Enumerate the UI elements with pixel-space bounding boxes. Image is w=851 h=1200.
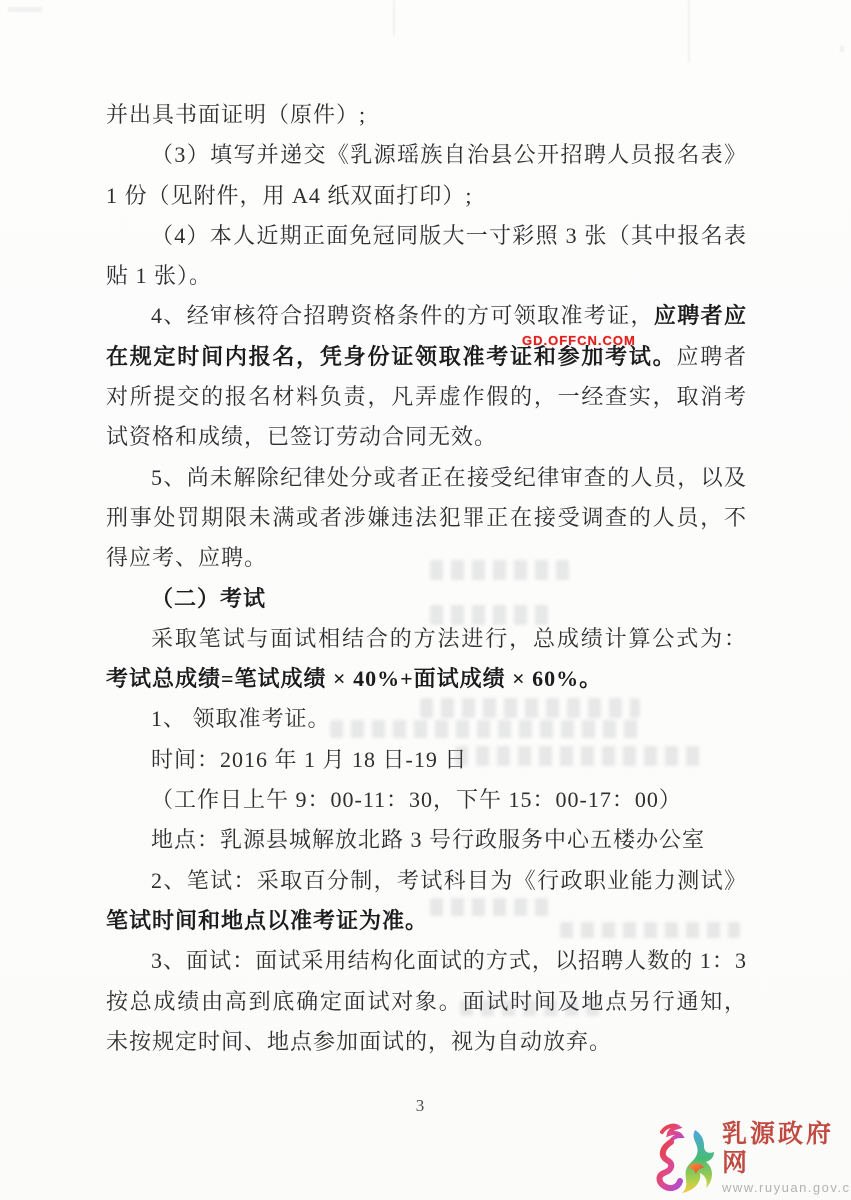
bold-text-segment: 考试总成绩=笔试成绩 × 40%+面试成绩 × 60%。 bbox=[106, 666, 602, 691]
text-segment: （工作日上午 9：00-11：30，下午 15：00-17：00） bbox=[151, 787, 682, 812]
text-segment: 1 份（见附件，用 A4 纸双面打印）; bbox=[106, 183, 473, 208]
text-line: 笔试时间和地点以准考证为准。 bbox=[106, 901, 747, 941]
text-segment: 应聘者 bbox=[676, 344, 747, 369]
text-line: （工作日上午 9：00-11：30，下午 15：00-17：00） bbox=[106, 780, 747, 820]
page-number: 3 bbox=[0, 1096, 840, 1116]
text-line: 试资格和成绩，已签订劳动合同无效。 bbox=[106, 417, 747, 457]
text-segment: 未按规定时间、地点参加面试的，视为自动放弃。 bbox=[106, 1029, 612, 1054]
text-line: 得应考、应聘。 bbox=[106, 538, 747, 578]
document-body: 并出具书面证明（原件）;（3）填写并递交《乳源瑶族自治县公开招聘人员报名表》1 … bbox=[106, 95, 747, 1062]
text-segment: 3、面试：面试采用结构化面试的方式，以招聘人数的 1：3 bbox=[151, 948, 747, 973]
text-segment: 4、经审核符合招聘资格条件的方可领取准考证， bbox=[151, 303, 654, 328]
text-segment: 试资格和成绩，已签订劳动合同无效。 bbox=[106, 424, 497, 449]
text-line: 并出具书面证明（原件）; bbox=[106, 95, 747, 135]
text-segment: 2、笔试：采取百分制，考试科目为《行政职业能力测试》 bbox=[151, 868, 747, 893]
text-segment: 时间：2016 年 1 月 18 日-19 日 bbox=[151, 747, 467, 772]
text-segment: 5、尚未解除纪律处分或者正在接受纪律审查的人员，以及 bbox=[151, 465, 747, 490]
site-name: 乳源政府网 bbox=[722, 1121, 851, 1179]
text-line: 时间：2016 年 1 月 18 日-19 日 bbox=[106, 740, 747, 780]
site-logo: 乳源政府网 www.ruyuan.gov.cn bbox=[648, 1116, 851, 1200]
text-line: （4）本人近期正面免冠同版大一寸彩照 3 张（其中报名表 bbox=[106, 216, 747, 256]
text-line: 在规定时间内报名，凭身份证领取准考证和参加考试。应聘者 bbox=[106, 337, 747, 377]
text-line: 3、面试：面试采用结构化面试的方式，以招聘人数的 1：3 bbox=[106, 941, 747, 981]
text-line: 2、笔试：采取百分制，考试科目为《行政职业能力测试》 bbox=[106, 861, 747, 901]
text-line: 按总成绩由高到底确定面试对象。面试时间及地点另行通知， bbox=[106, 982, 747, 1022]
text-line: （3）填写并递交《乳源瑶族自治县公开招聘人员报名表》 bbox=[106, 135, 747, 175]
text-segment: 地点：乳源县城解放北路 3 号行政服务中心五楼办公室 bbox=[151, 827, 705, 852]
scan-streak bbox=[688, 0, 690, 62]
text-segment: 采取笔试与面试相结合的方法进行，总成绩计算公式为： bbox=[151, 626, 747, 651]
text-line: 4、经审核符合招聘资格条件的方可领取准考证，应聘者应 bbox=[106, 296, 747, 336]
bold-text-segment: 应聘者应 bbox=[654, 303, 747, 328]
bold-text-segment: （二）考试 bbox=[151, 586, 266, 611]
scan-streak bbox=[840, 46, 844, 52]
scan-streak bbox=[393, 0, 395, 36]
text-line: 采取笔试与面试相结合的方法进行，总成绩计算公式为： bbox=[106, 619, 747, 659]
bold-text-segment: 笔试时间和地点以准考证为准。 bbox=[106, 908, 428, 933]
text-line: 贴 1 张）。 bbox=[106, 256, 747, 296]
site-url: www.ruyuan.gov.cn bbox=[722, 1180, 851, 1195]
text-segment: （4）本人近期正面免冠同版大一寸彩照 3 张（其中报名表 bbox=[151, 223, 747, 248]
text-segment: 1、 领取准考证。 bbox=[151, 706, 331, 731]
text-line: 1 份（见附件，用 A4 纸双面打印）; bbox=[106, 176, 747, 216]
text-segment: 刑事处罚期限未满或者涉嫌违法犯罪正在接受调查的人员，不 bbox=[106, 505, 747, 530]
dragon-logo-icon bbox=[648, 1118, 720, 1198]
text-segment: 对所提交的报名材料负责，凡弄虚作假的，一经查实，取消考 bbox=[106, 384, 747, 409]
text-segment: 得应考、应聘。 bbox=[106, 545, 267, 570]
text-line: 未按规定时间、地点参加面试的，视为自动放弃。 bbox=[106, 1022, 747, 1062]
text-line: 考试总成绩=笔试成绩 × 40%+面试成绩 × 60%。 bbox=[106, 659, 747, 699]
text-line: （二）考试 bbox=[106, 579, 747, 619]
watermark-gd-offcn: GD.OFFCN.COM bbox=[522, 333, 636, 348]
text-line: 地点：乳源县城解放北路 3 号行政服务中心五楼办公室 bbox=[106, 820, 747, 860]
text-line: 刑事处罚期限未满或者涉嫌违法犯罪正在接受调查的人员，不 bbox=[106, 498, 747, 538]
document-page: 并出具书面证明（原件）;（3）填写并递交《乳源瑶族自治县公开招聘人员报名表》1 … bbox=[0, 0, 851, 1200]
text-segment: 按总成绩由高到底确定面试对象。面试时间及地点另行通知， bbox=[106, 989, 747, 1014]
scan-streak bbox=[8, 7, 42, 12]
text-line: 对所提交的报名材料负责，凡弄虚作假的，一经查实，取消考 bbox=[106, 377, 747, 417]
text-line: 5、尚未解除纪律处分或者正在接受纪律审查的人员，以及 bbox=[106, 458, 747, 498]
text-segment: （3）填写并递交《乳源瑶族自治县公开招聘人员报名表》 bbox=[151, 142, 747, 167]
text-segment: 并出具书面证明（原件）; bbox=[106, 102, 366, 127]
text-segment: 贴 1 张）。 bbox=[106, 263, 212, 288]
text-line: 1、 领取准考证。 bbox=[106, 699, 747, 739]
